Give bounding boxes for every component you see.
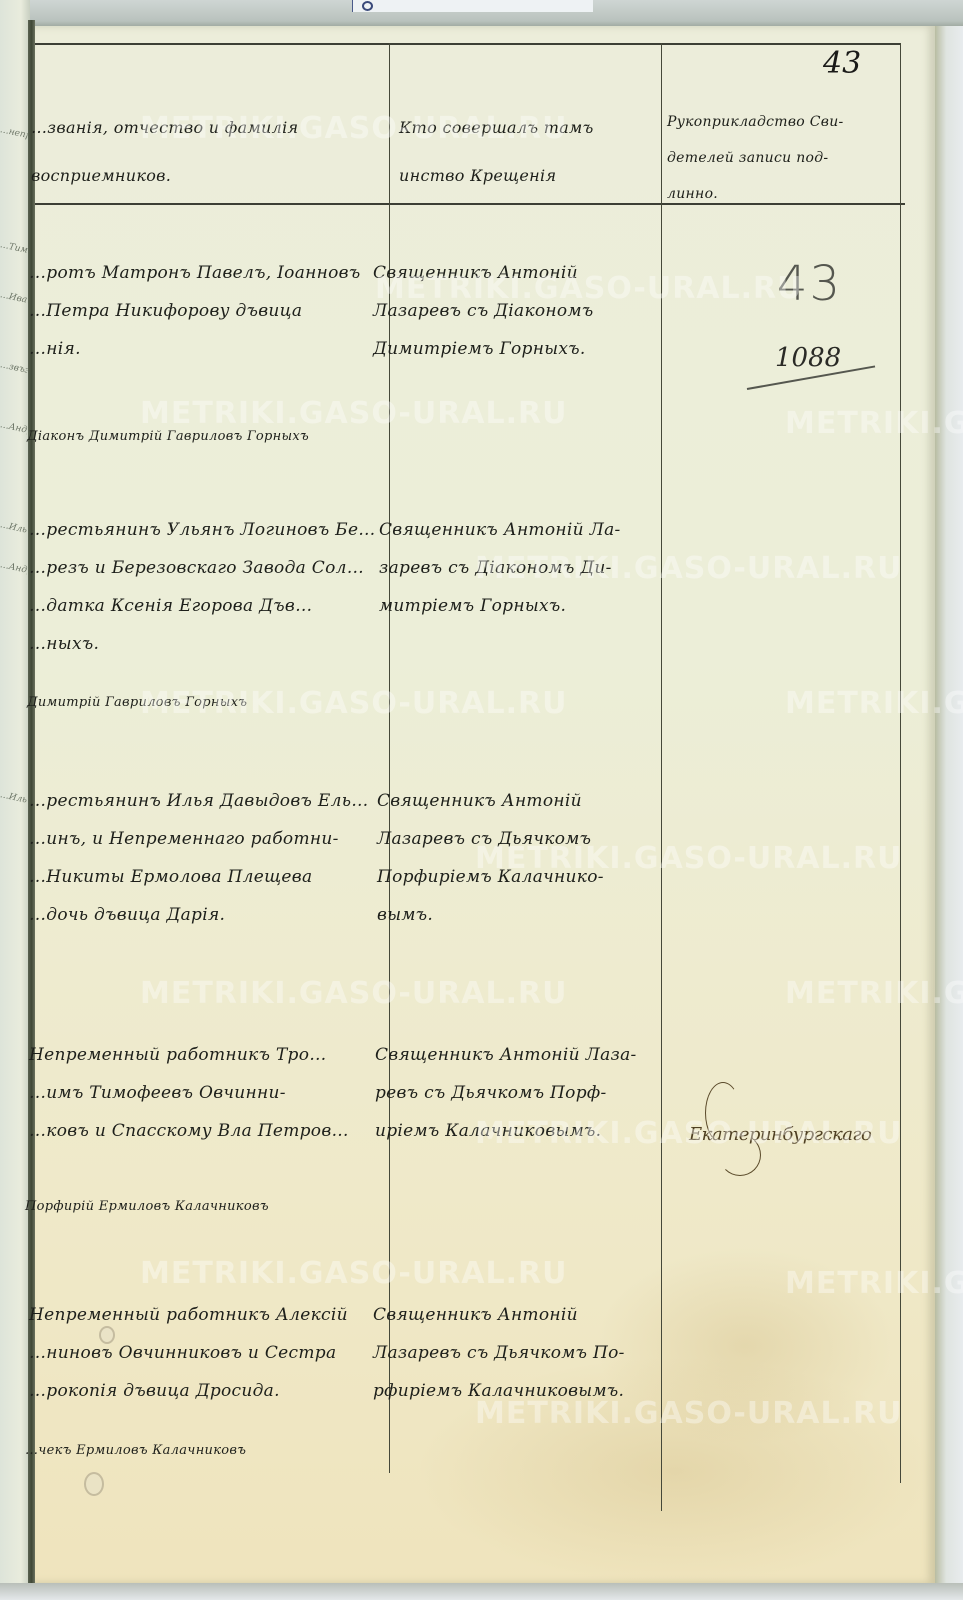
pencil-page-number: 43	[777, 256, 842, 312]
entry-4-officiant: Священникъ Антоній Лаза- ревъ съ Дьячком…	[375, 1036, 637, 1150]
page-edge	[935, 26, 963, 1583]
entry-3-officiant: Священникъ Антоній Лазаревъ съ Дьячкомъ …	[377, 782, 604, 934]
margin-note: …Андре…	[0, 420, 28, 436]
watermark: METRIKI.GASO-URAL.RU	[140, 976, 568, 1011]
struck-number: 1088	[775, 343, 841, 373]
entry-2-godparents: …рестьянинъ Ульянъ Логиновъ Бе… …резъ и …	[29, 511, 376, 663]
entry-4-side-signature: Екатеринбургскаго	[689, 1124, 871, 1145]
entry-2-witness-signature: Димитрій Гавриловъ Горныхъ	[27, 684, 247, 722]
watermark: METRIKI.GASO-URAL.RU	[140, 1256, 568, 1291]
entry-1-officiant: Священникъ Антоній Лазаревъ съ Діакономъ…	[373, 254, 594, 368]
binding-ring-icon	[362, 1, 373, 11]
entry-5-officiant: Священникъ Антоній Лазаревъ съ Дьячкомъ …	[373, 1296, 625, 1410]
margin-note: …звъздин	[0, 360, 28, 376]
water-stain	[595, 1246, 895, 1446]
column-divider-3	[900, 43, 901, 1483]
margin-note: …Андреевъ	[0, 560, 28, 576]
entry-4-godparents: Непременный работникъ Тро… …имъ Тимофеев…	[29, 1036, 349, 1150]
entry-3-godparents: …рестьянинъ Илья Давыдовъ Ель… …инъ, и Н…	[29, 782, 369, 934]
entry-1-godparents: …ротъ Матронъ Павелъ, Іоанновъ …Петра Ни…	[29, 254, 361, 368]
entry-5-godparents: Непременный работникъ Алексій …ниновъ Ов…	[29, 1296, 348, 1410]
adjacent-page-tab	[352, 0, 593, 12]
header-officiant: Кто совершалъ тамъ инство Крещенія	[399, 104, 594, 200]
margin-note: …Тимоф.	[0, 240, 28, 256]
margin-note: …Ивановъ	[0, 290, 28, 306]
paper-hole	[84, 1472, 104, 1496]
margin-note: …непрем. работ	[0, 125, 28, 141]
margin-note: …Ильинъ	[0, 790, 28, 806]
entry-5-witness-signature: …чекъ Ермиловъ Калачниковъ	[25, 1432, 246, 1470]
header-godparents: …званія, отчество и фамилія восприемнико…	[31, 104, 298, 200]
scan-bottom-edge	[0, 1583, 963, 1600]
header-witness-signatures: Рукоприкладство Сви- детелей записи под-…	[667, 104, 844, 212]
facing-page-margin: …непрем. работ …Тимоф. …Ивановъ …звъздин…	[0, 0, 30, 1600]
top-rule	[35, 43, 901, 45]
folio-number: 43	[823, 46, 861, 81]
margin-note: …Ильинъ	[0, 520, 28, 536]
register-page: 43 …званія, отчество и фамилія восприемн…	[35, 26, 935, 1583]
entry-1-witness-signature: Діаконъ Димитрій Гавриловъ Горныхъ	[27, 418, 309, 456]
entry-4-witness-signature: Порфирій Ермиловъ Калачниковъ	[25, 1188, 269, 1226]
entry-2-officiant: Священникъ Антоній Ла- заревъ съ Діаконо…	[379, 511, 621, 625]
column-divider-2	[661, 43, 662, 1511]
